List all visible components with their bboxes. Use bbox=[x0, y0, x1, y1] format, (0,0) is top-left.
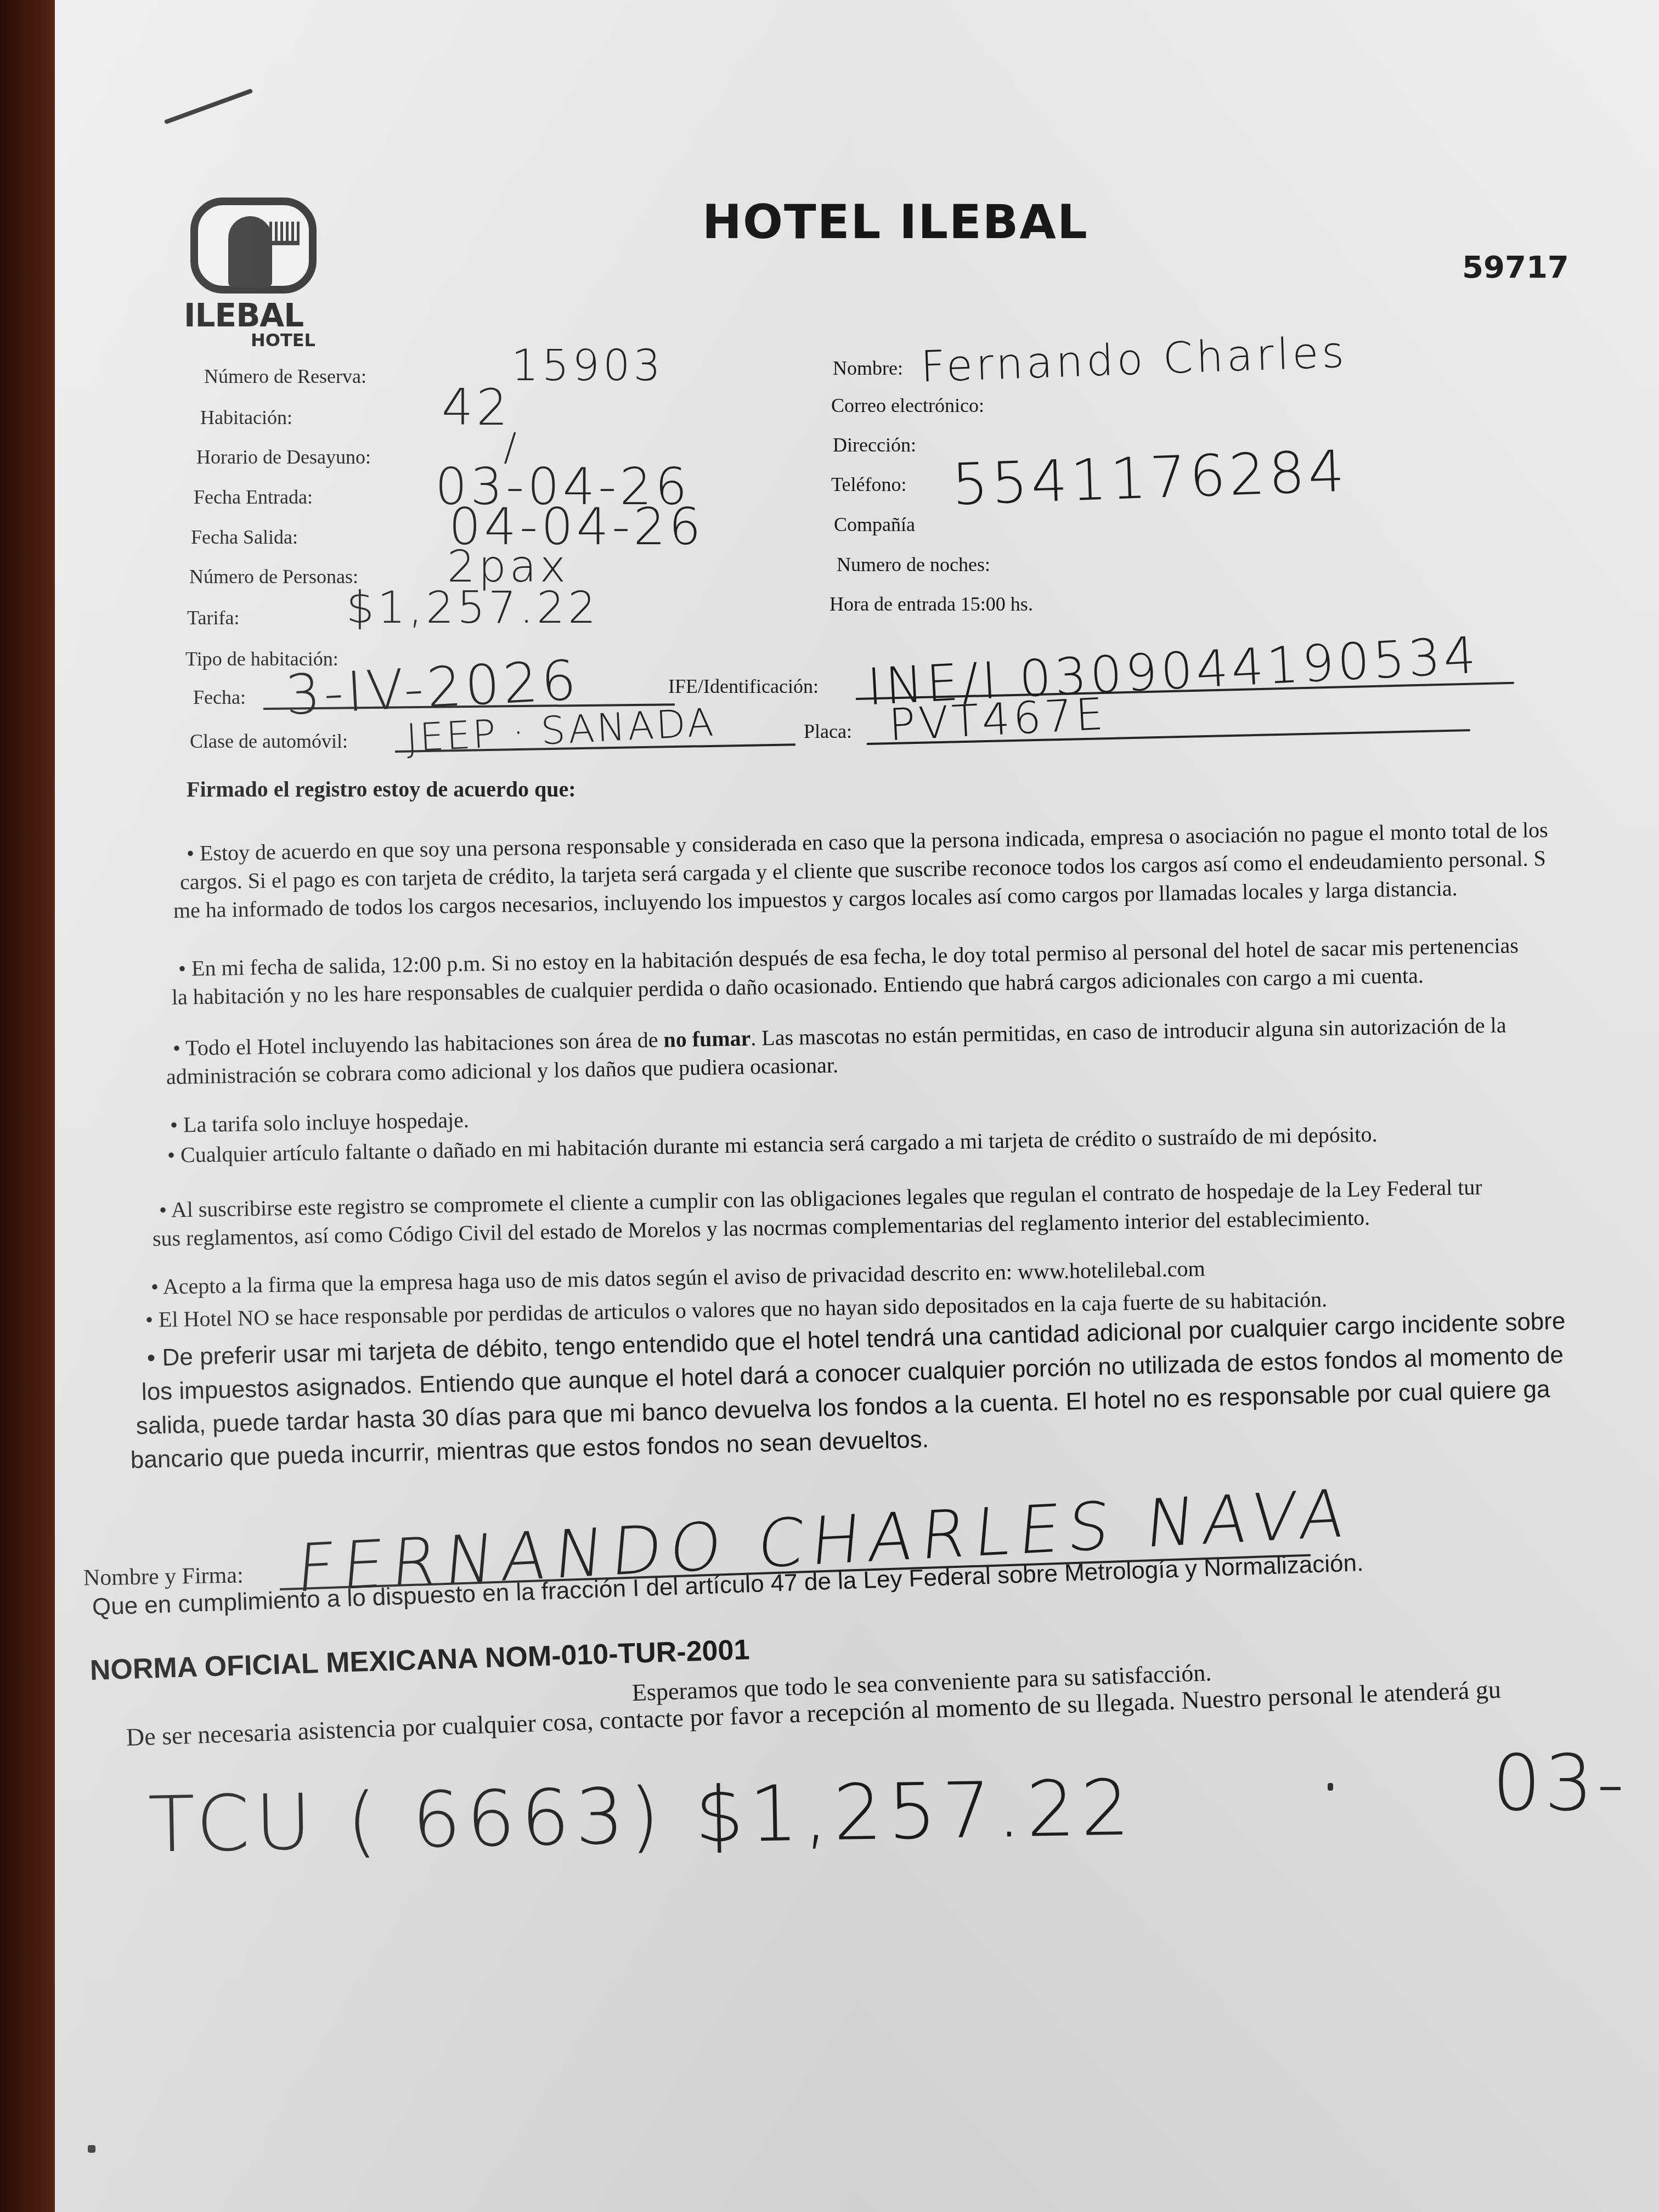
auto-label: Clase de automóvil: bbox=[190, 730, 348, 753]
placa-value[interactable]: PVT467E bbox=[888, 689, 1108, 751]
form-label: Horario de Desayuno: bbox=[196, 445, 371, 469]
form-label: Habitación: bbox=[200, 406, 292, 429]
clause-line: • Todo el Hotel incluyendo las habitacio… bbox=[173, 1011, 1506, 1063]
form-label: Teléfono: bbox=[831, 473, 906, 496]
logo-wordmark: ILEBAL bbox=[184, 299, 326, 332]
form-value[interactable]: 5541176284 bbox=[951, 437, 1349, 518]
hotel-logo: ILEBAL HOTEL bbox=[184, 198, 326, 348]
form-value[interactable]: Fernando Charles bbox=[920, 328, 1348, 392]
folio-number: 59717 bbox=[1462, 250, 1569, 285]
ife-label: IFE/Identificación: bbox=[668, 675, 819, 698]
form-label: Compañía bbox=[834, 513, 915, 536]
pen-tick-mark bbox=[164, 88, 253, 125]
no-smoking-emphasis: no fumar bbox=[663, 1026, 751, 1052]
form-label: Tarifa: bbox=[187, 606, 239, 629]
form-label: Número de Reserva: bbox=[204, 365, 366, 388]
clause-line: • La tarifa solo incluye hospedaje. bbox=[170, 1105, 470, 1139]
page-title: HOTEL ILEBAL bbox=[702, 195, 1088, 250]
form-label: Correo electrónico: bbox=[831, 394, 984, 417]
form-label: Hora de entrada 15:00 hs. bbox=[830, 592, 1033, 616]
ink-dot bbox=[88, 2145, 95, 2153]
agreement-heading: Firmado el registro estoy de acuerdo que… bbox=[187, 776, 576, 802]
form-label: Fecha Salida: bbox=[191, 526, 298, 549]
handwritten-payment-note: TCU ( 6663) $1,257.22 bbox=[148, 1763, 1136, 1870]
placa-label: Placa: bbox=[804, 720, 852, 743]
form-label: Fecha Entrada: bbox=[194, 486, 313, 509]
signature-label: Nombre y Firma: bbox=[83, 1562, 244, 1591]
form-label: Numero de noches: bbox=[837, 553, 990, 576]
hotel-ilebal-figure-logo-icon bbox=[190, 198, 317, 294]
form-value[interactable]: 15903 bbox=[511, 341, 664, 391]
fecha-label: Fecha: bbox=[193, 686, 246, 709]
desk-background bbox=[0, 0, 60, 2212]
clause-text: . Las mascotas no están permitidas, en c… bbox=[751, 1013, 1506, 1051]
form-value[interactable]: 42 bbox=[442, 379, 511, 437]
logo-subtitle: HOTEL bbox=[184, 332, 326, 348]
registration-form-page: ILEBAL HOTEL HOTEL ILEBAL 59717 Número d… bbox=[55, 0, 1659, 2212]
form-label: Dirección: bbox=[833, 433, 916, 456]
form-label: Nombre: bbox=[833, 357, 903, 380]
form-label: Número de Personas: bbox=[189, 565, 358, 588]
handwritten-date-fragment: 03- bbox=[1492, 1739, 1628, 1829]
form-value[interactable]: $1,257.22 bbox=[346, 582, 599, 633]
ink-dot bbox=[1328, 1783, 1333, 1791]
